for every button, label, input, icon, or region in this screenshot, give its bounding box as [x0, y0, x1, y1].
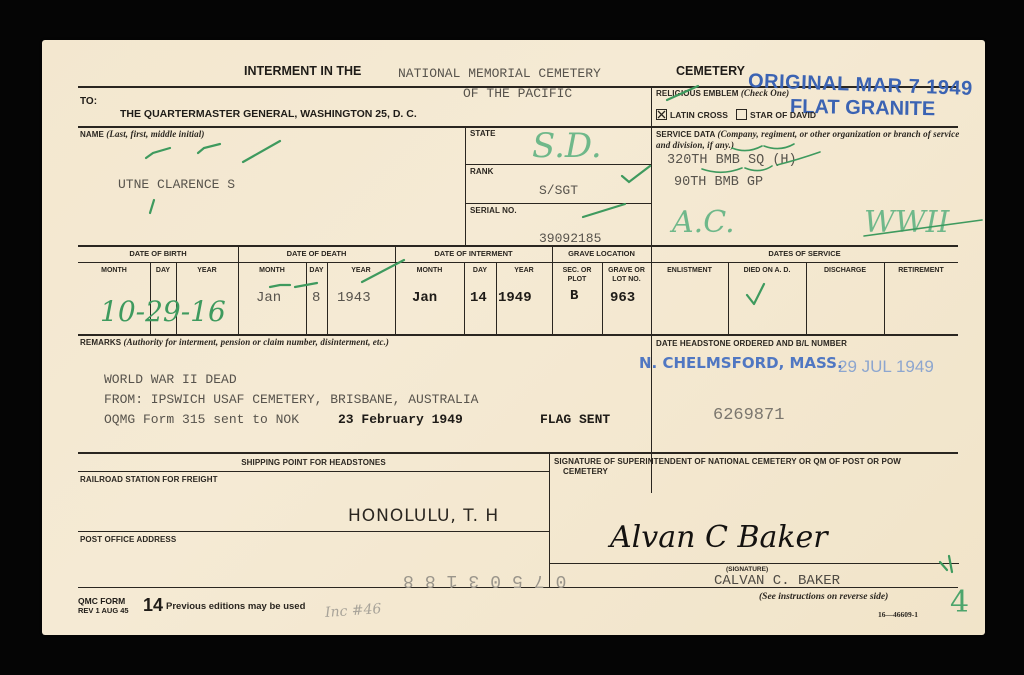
- interment-form-card: INTERMENT IN THE NATIONAL MEMORIAL CEMET…: [42, 40, 985, 635]
- ink-check-marks: [42, 40, 985, 635]
